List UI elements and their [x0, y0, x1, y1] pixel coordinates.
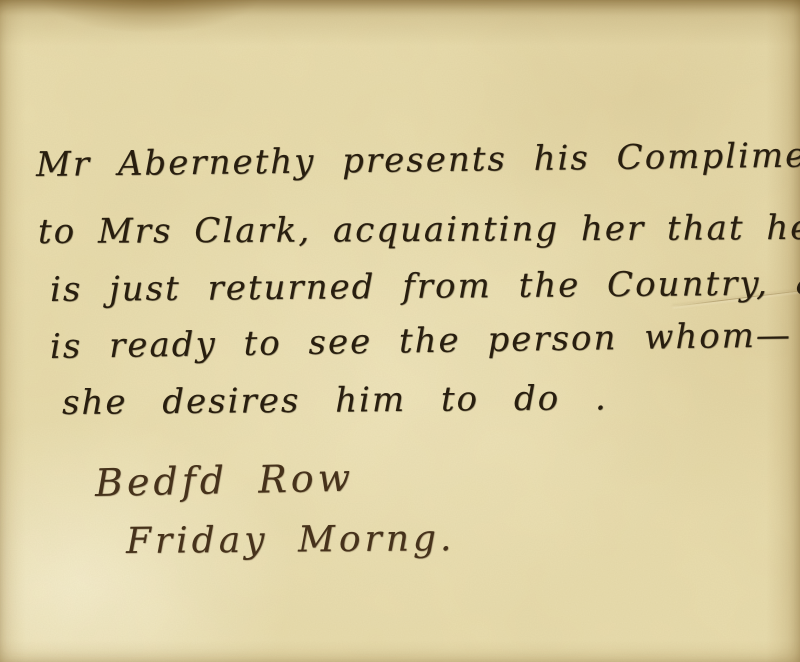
note-line-2: to Mrs Clark, acquainting her that he	[38, 208, 800, 252]
note-line-5: she desires him to do .	[62, 378, 608, 423]
scanned-note-page: Mr Abernethy presents his Compliments— t…	[0, 0, 800, 662]
note-address-line: Bedfd Row	[95, 456, 355, 505]
note-dateline: Friday Morng.	[126, 518, 456, 562]
note-line-1: Mr Abernethy presents his Compliments—	[36, 134, 800, 185]
aged-paper: Mr Abernethy presents his Compliments— t…	[0, 0, 800, 662]
note-line-4: is ready to see the person whom—	[50, 315, 793, 367]
note-line-3: is just returned from the Country, &	[50, 263, 800, 310]
